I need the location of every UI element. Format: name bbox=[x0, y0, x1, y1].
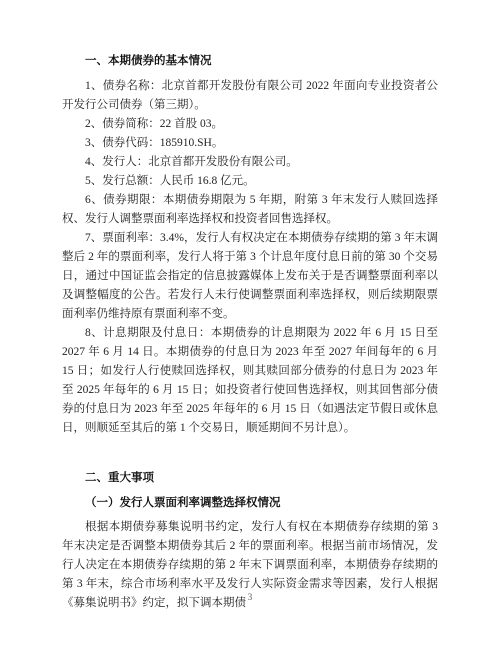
issue-amount-item: 5、发行总额：人民币 16.8 亿元。 bbox=[62, 172, 438, 191]
section-2-heading: 二、重大事项 bbox=[62, 469, 438, 488]
issuer-item: 4、发行人：北京首都开发股份有限公司。 bbox=[62, 153, 438, 172]
bond-term-item: 6、债券期限：本期债券期限为 5 年期，附第 3 年末发行人赎回选择权、发行人调… bbox=[62, 191, 438, 229]
section-1-heading: 一、本期债券的基本情况 bbox=[62, 52, 438, 71]
bond-name-item: 1、债券名称：北京首都开发股份有限公司 2022 年面向专业投资者公开发行公司债… bbox=[62, 77, 438, 115]
section-2-subheading: （一）发行人票面利率调整选择权情况 bbox=[62, 494, 438, 513]
page-number: 3 bbox=[0, 592, 500, 602]
bond-code-item: 3、债券代码：185910.SH。 bbox=[62, 134, 438, 153]
interest-period-item: 8、计息期限及付息日：本期债券的计息期限为 2022 年 6 月 15 日至 2… bbox=[62, 324, 438, 438]
coupon-rate-item: 7、票面利率：3.4%，发行人有权决定在本期债券存续期的第 3 年末调整后 2 … bbox=[62, 229, 438, 324]
document-page: 一、本期债券的基本情况 1、债券名称：北京首都开发股份有限公司 2022 年面向… bbox=[0, 0, 500, 647]
document-content: 一、本期债券的基本情况 1、债券名称：北京首都开发股份有限公司 2022 年面向… bbox=[62, 52, 438, 613]
bond-short-name-item: 2、债券简称：22 首股 03。 bbox=[62, 115, 438, 134]
